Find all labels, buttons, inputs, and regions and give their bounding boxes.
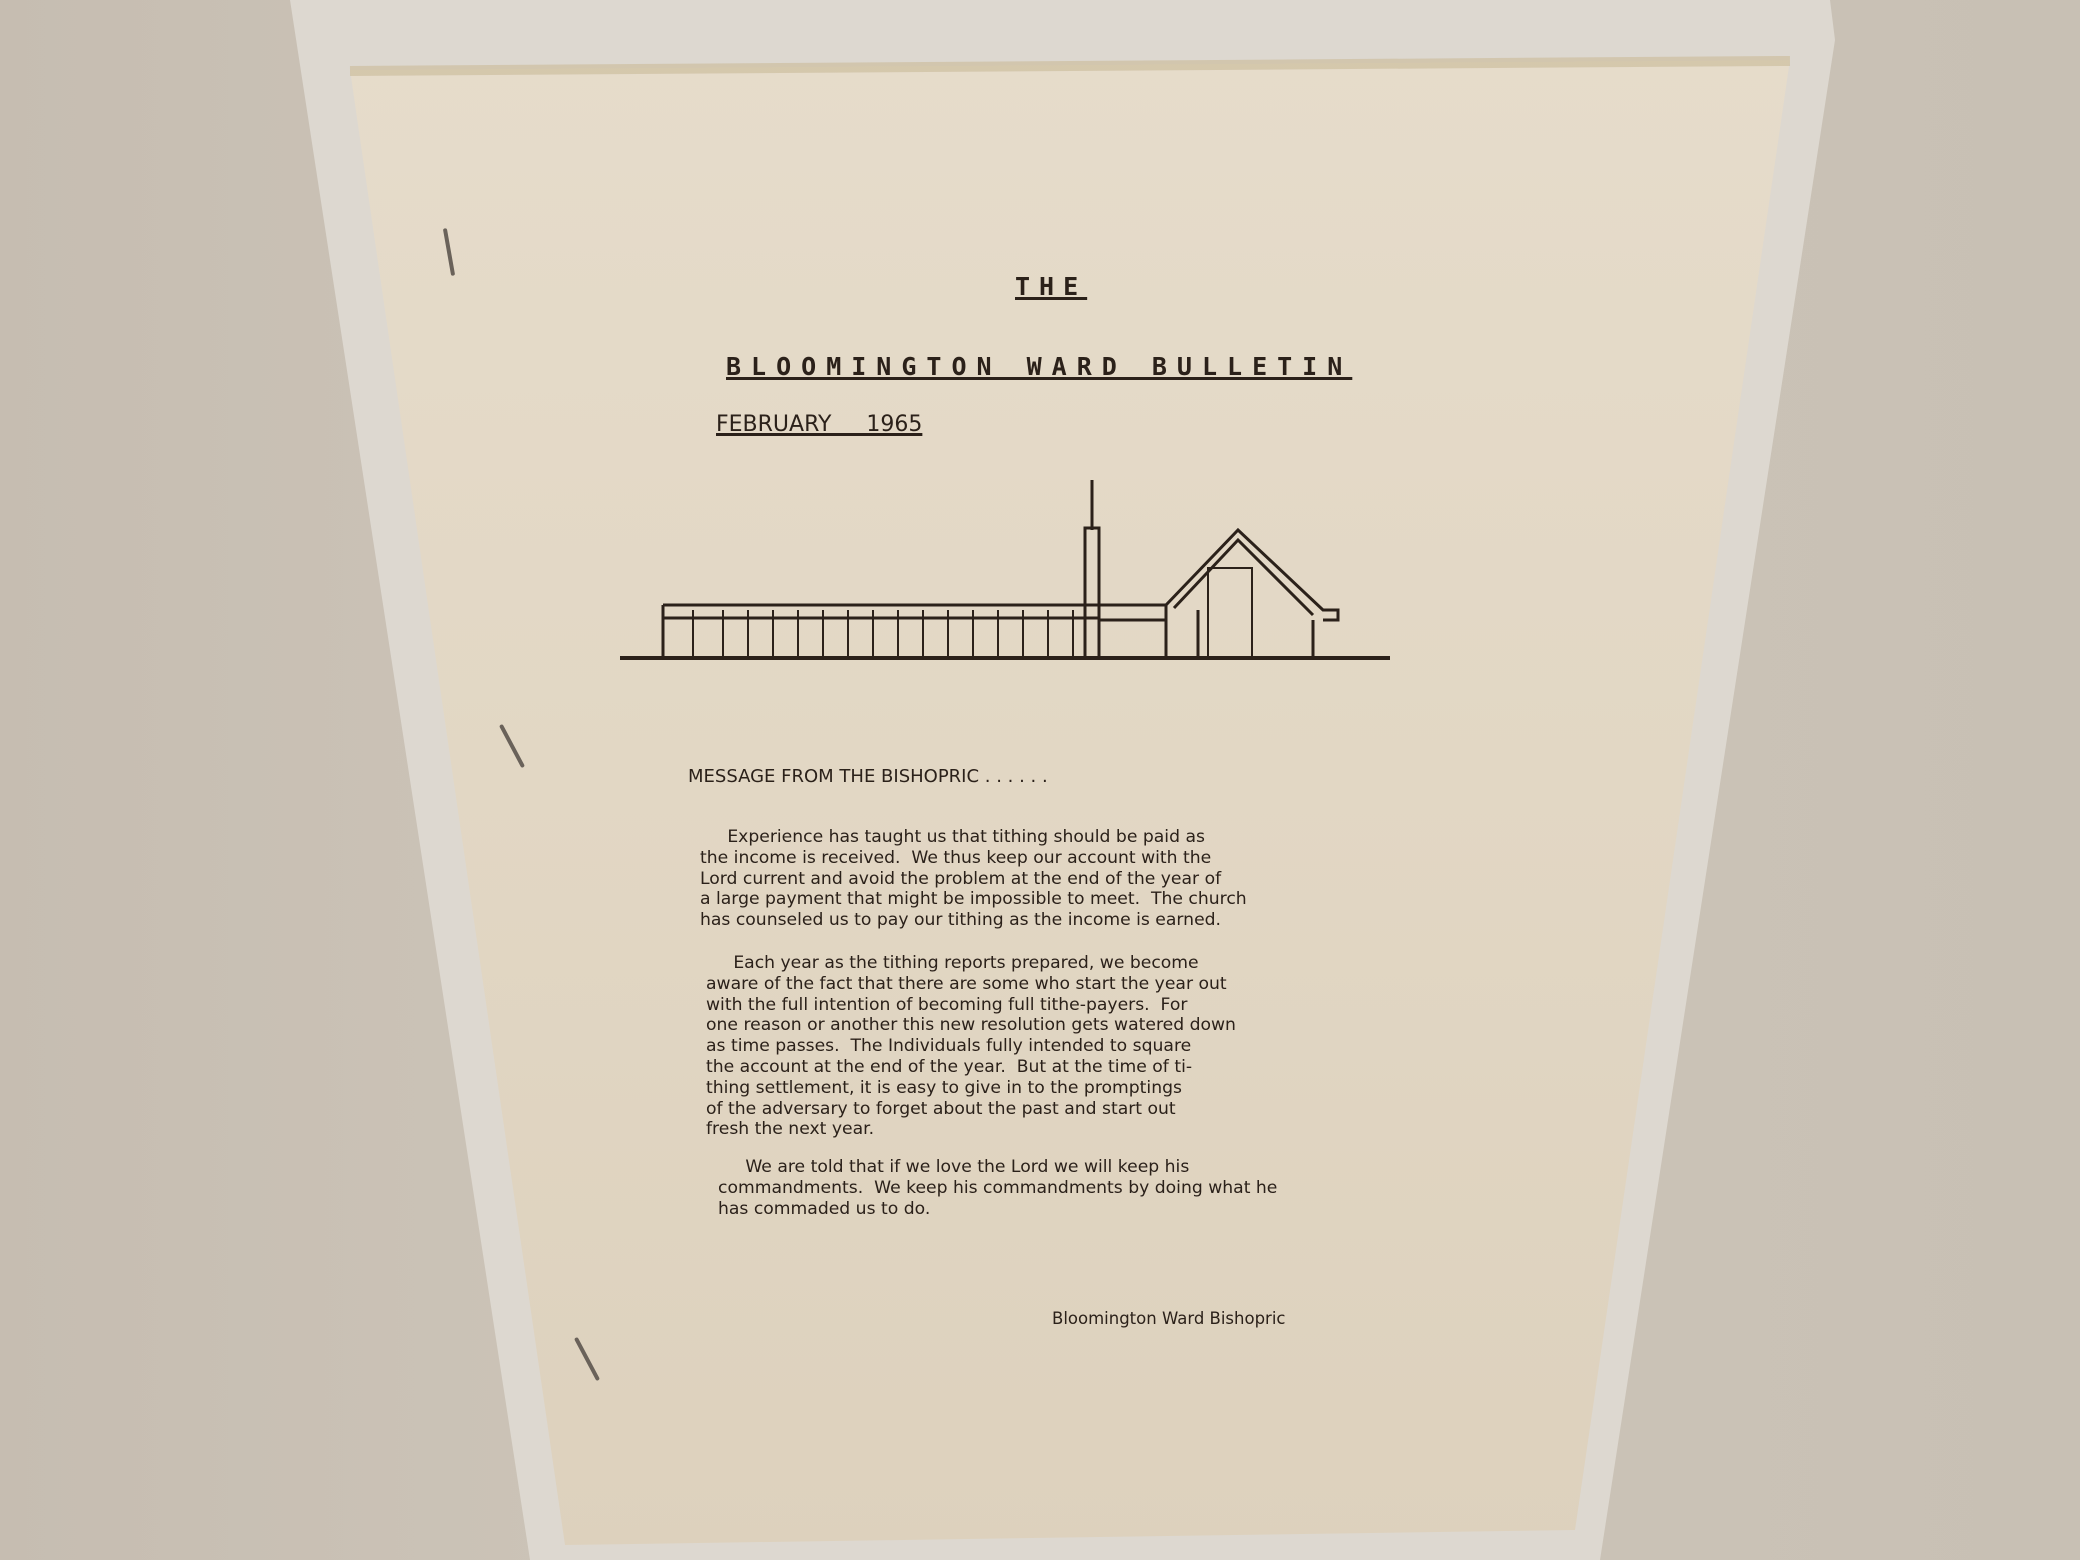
paragraph-1: Experience has taught us that tithing sh… [700, 827, 1247, 931]
paragraph-2: Each year as the tithing reports prepare… [706, 953, 1236, 1140]
bulletin-title-the: THE [1015, 272, 1087, 301]
church-building-illustration [618, 470, 1398, 670]
section-heading: MESSAGE FROM THE BISHOPRIC . . . . . . [688, 766, 1048, 787]
bulletin-date: FEBRUARY 1965 [716, 412, 922, 437]
signature: Bloomington Ward Bishopric [1052, 1309, 1286, 1328]
paragraph-3: We are told that if we love the Lord we … [718, 1157, 1277, 1219]
bulletin-title: BLOOMINGTON WARD BULLETIN [726, 352, 1352, 381]
